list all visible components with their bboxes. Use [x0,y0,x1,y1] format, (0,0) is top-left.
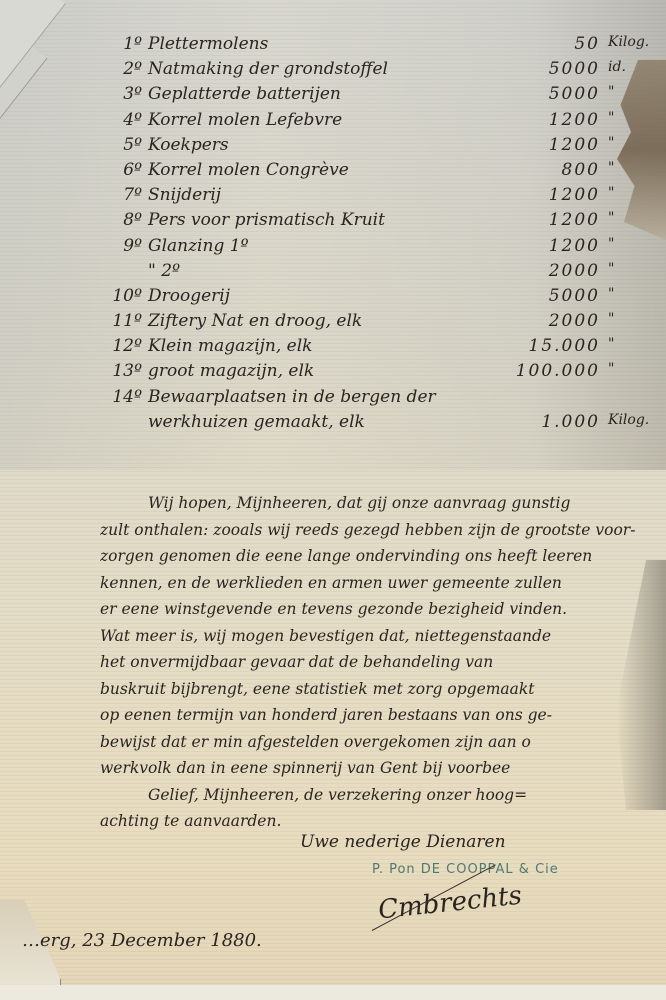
letter-line: kennen, en de werklieden en armen uwer g… [100,570,640,597]
inventory-row: 13ºgroot magazijn, elk100.000" [100,361,660,386]
item-number: 3º [100,84,142,104]
inventory-row: 1ºPlettermolens50Kilog. [100,34,660,59]
item-quantity: 1200 [500,110,600,130]
letter-line: zorgen genomen die eene lange ondervindi… [100,543,640,570]
item-number: 1º [100,34,142,54]
item-unit: " [608,336,614,352]
item-label: Klein magazijn, elk [148,336,312,356]
item-number: 5º [100,135,142,155]
inventory-row: 4ºKorrel molen Lefebvre1200" [100,110,660,135]
item-number: 10º [100,286,142,306]
item-quantity: 50 [500,34,600,54]
item-quantity: 15.000 [500,336,600,356]
item-unit: " [608,110,614,126]
letter-line: achting te aanvaarden. [100,808,640,835]
item-unit: id. [608,59,626,75]
bottom-edge [0,985,666,1000]
item-label: Koekpers [148,135,229,155]
item-label: Snijderij [148,185,221,205]
item-quantity: 5000 [500,286,600,306]
inventory-row: " 2º2000" [100,261,660,286]
inventory-row: 12ºKlein magazijn, elk15.000" [100,336,660,361]
item-quantity: 1200 [500,210,600,230]
item-unit: " [608,185,614,201]
inventory-row: werkhuizen gemaakt, elk1.000Kilog. [100,412,660,437]
letter-line: bewijst dat er min afgestelden overgekom… [100,729,640,756]
item-number: 13º [100,361,142,381]
letter-line: werkvolk dan in eene spinnerij van Gent … [100,755,640,782]
inventory-row: 5ºKoekpers1200" [100,135,660,160]
item-quantity: 1.000 [500,412,600,432]
dateline: …erg, 23 December 1880. [22,930,262,951]
closing-salutation: Uwe nederige Dienaren [300,832,506,852]
item-label: Glanzing 1º [148,236,249,256]
item-number: 11º [100,311,142,331]
item-unit: " [608,311,614,327]
item-unit: " [608,361,614,377]
item-quantity: 800 [500,160,600,180]
item-number: 8º [100,210,142,230]
item-quantity: 1200 [500,185,600,205]
item-number: 2º [100,59,142,79]
letter-line: buskruit bijbrengt, eene statistiek met … [100,676,640,703]
inventory-row: 10ºDroogerij5000" [100,286,660,311]
item-unit: " [608,261,614,277]
item-label: Droogerij [148,286,230,306]
item-number: 9º [100,236,142,256]
item-unit: " [608,84,614,100]
item-label: werkhuizen gemaakt, elk [148,412,365,432]
item-unit: " [608,286,614,302]
item-label: Korrel molen Congrève [148,160,349,180]
letter-line: Wat meer is, wij mogen bevestigen dat, n… [100,623,640,650]
item-quantity: 100.000 [500,361,600,381]
item-label: " 2º [148,261,180,281]
item-quantity: 1200 [500,236,600,256]
letter-line: Gelief, Mijnheeren, de verzekering onzer… [100,782,640,809]
company-stamp: P. Pon DE COOPPAL & Cie [372,862,559,877]
item-label: groot magazijn, elk [148,361,314,381]
inventory-row: 2ºNatmaking der grondstoffel5000id. [100,59,660,84]
letter-line: het onvermijdbaar gevaar dat de behandel… [100,649,640,676]
item-quantity: 2000 [500,311,600,331]
item-quantity: 5000 [500,59,600,79]
item-unit: " [608,236,614,252]
letter-line: op eenen termijn van honderd jaren besta… [100,702,640,729]
inventory-row: 8ºPers voor prismatisch Kruit1200" [100,210,660,235]
item-number: 12º [100,336,142,356]
item-number: 6º [100,160,142,180]
item-number: 7º [100,185,142,205]
inventory-row: 7ºSnijderij1200" [100,185,660,210]
item-label: Bewaarplaatsen in de bergen der [148,387,436,407]
item-unit: " [608,135,614,151]
letter-body: Wij hopen, Mijnheeren, dat gij onze aanv… [100,490,640,835]
inventory-row: 3ºGeplatterde batterijen5000" [100,84,660,109]
item-unit: " [608,210,614,226]
item-unit: Kilog. [608,412,649,428]
item-label: Ziftery Nat en droog, elk [148,311,362,331]
inventory-row: 9ºGlanzing 1º1200" [100,236,660,261]
item-label: Plettermolens [148,34,268,54]
inventory-row: 14ºBewaarplaatsen in de bergen der [100,387,660,412]
item-label: Natmaking der grondstoffel [148,59,388,79]
inventory-list: 1ºPlettermolens50Kilog.2ºNatmaking der g… [100,34,660,437]
letter-line: er eene winstgevende en tevens gezonde b… [100,596,640,623]
inventory-row: 11ºZiftery Nat en droog, elk2000" [100,311,660,336]
item-quantity: 1200 [500,135,600,155]
item-unit: " [608,160,614,176]
item-number: 14º [100,387,142,407]
inventory-row: 6ºKorrel molen Congrève800" [100,160,660,185]
letter-line: zult onthalen: zooals wij reeds gezegd h… [100,517,640,544]
item-number: 4º [100,110,142,130]
letter-line: Wij hopen, Mijnheeren, dat gij onze aanv… [100,490,640,517]
item-quantity: 2000 [500,261,600,281]
item-quantity: 5000 [500,84,600,104]
item-label: Korrel molen Lefebvre [148,110,342,130]
item-unit: Kilog. [608,34,649,50]
item-label: Geplatterde batterijen [148,84,341,104]
item-label: Pers voor prismatisch Kruit [148,210,385,230]
